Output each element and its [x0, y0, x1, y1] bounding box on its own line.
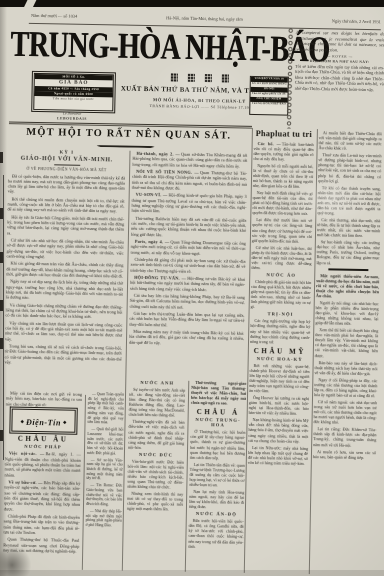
brief-paragraph: — Quái thế-giới hội Lausanne khai-mạc tu… — [87, 427, 124, 456]
subsection-england: NƯỚC ANH — [129, 380, 185, 386]
scan-edge-mark — [0, 208, 3, 219]
editorial-paragraph: Các nhà thương, nhà dục-anh, nhà tế-bần,… — [317, 217, 380, 238]
law-headline: Phapluat tu tri — [254, 129, 314, 139]
subsection-austria: NƯỚC ÁO — [251, 272, 311, 278]
briefs-column: — Quan Toàn-quyền đã ký nghị-định cho ph… — [85, 392, 124, 571]
article-paragraph: Trong bài sau, chúng tôi sẽ nói về cách … — [5, 343, 122, 366]
briefs-list: — Quan Toàn-quyền đã ký nghị-định cho ph… — [86, 392, 124, 528]
germany-news: Văn-hóa-giới nước Đức hiện bối-rối lắm: … — [127, 458, 184, 512]
editorial-paragraph: Người ấy nói rằng: các nhà bác-học bên ấ… — [315, 300, 378, 326]
subsection-france: NƯỚC PHÁP — [5, 444, 81, 450]
column-2: Hà-thành, ngày 2. —Quan sứ-thần Tòa Khâm… — [128, 151, 247, 379]
subsection-germany: NƯỚC ĐỨC — [128, 451, 184, 457]
news-paragraph: Thủ-tướng Baldwin hiện nay đã xét vấn-đề… — [131, 215, 246, 238]
article-paragraph: Ngày nay ai có dịp sang du-lịch bên ấy, … — [6, 279, 123, 302]
price-line: Tiền mua báo xin giả trước — [34, 96, 112, 102]
editorial-paragraph: Lại tin riêng: Đức Khâm-sứ Tòa-thánh sắp… — [313, 426, 376, 447]
dateline-issue: Năm thứ mười — số 1034 — [31, 13, 77, 19]
editorial-paragraph: Ai muốn rõ hơn, xin xem các số báo sau, … — [313, 449, 376, 460]
brief-paragraph: — Sở xe-lửa Vân-nam sắp hạ giá vé cho kh… — [86, 458, 122, 482]
article-paragraph: Bởi thế chúng tôi muốn đem chuyện một hộ… — [7, 196, 124, 214]
hanzi-glyph — [188, 74, 195, 82]
editorial-bold-paragraph: Một người thiếu-niên An-nam, xuất-dương … — [316, 273, 379, 299]
article-paragraph: Vậy chúng tôi xin lần-lượt thuật qua cái… — [5, 320, 122, 343]
subsection-china: NƯỚC TRUNG-HOA — [190, 417, 245, 428]
scan-edge-mark — [0, 300, 3, 311]
hanzi-glyph — [171, 73, 178, 81]
article-kicker: KỲ I — [8, 148, 125, 155]
news-paragraph: Mùa màng năm nay ở mấy tỉnh trung-châu B… — [129, 329, 244, 347]
telegram-intro: Mấy cái tin điện các nơi gửi về trong mấ… — [6, 390, 82, 407]
news-paragraph: Hà-thành, ngày 2. —Quan sứ-thần Tòa Khâm… — [132, 151, 247, 169]
article-subhead: GIÁO-HỘI VỚI VĂN-MINH. — [8, 155, 125, 163]
telegram-label: Điện-Tín — [26, 418, 61, 428]
article-paragraph: Hội ấy tức là Giáo-hội Công-giáo, một hộ… — [7, 214, 124, 237]
scan-edge-mark — [0, 252, 3, 263]
scan-corner-smudge — [0, 546, 32, 576]
news-paragraph: Lại tin Thiên-tân điện về: quan Tổng-tư-… — [189, 462, 244, 488]
news-paragraph: Cái tàu bay lớn của hãng hàng-không Pháp… — [130, 293, 245, 311]
dateline: Năm thứ mười — số 1034 Hà-Nội, năm Tân-M… — [31, 13, 381, 24]
office-address-box: TÒA BÁO VÀ NHÀ INSỐ 113 PHỐ HÀNG BÔNGHÀ-… — [249, 76, 289, 116]
asia-column: Thứ-trưởng ngoại-giao Nhật-bản sang Tàu … — [188, 380, 247, 573]
editorial-paragraph: Từ khi có đạo thánh truyền sang, nhân-tâ… — [317, 185, 381, 217]
column-1: KỲ I GIÁO-HỘI VỚI VĂN-MINH. Ở VỀ PHƯƠNG-… — [4, 148, 125, 390]
article-paragraph: Khi các giống dã-man tràn vào đất Âu-châ… — [6, 261, 123, 279]
news-paragraph: Chính-phủ Pháp đã định cất binh-thuyền s… — [3, 514, 79, 537]
news-paragraph: Lại tin Nữu-ước: mấy nhà băng lớn hợp nh… — [248, 445, 308, 466]
scan-edge-mark — [0, 152, 3, 163]
masthead-title: TRUNG-HÒA NHẬT-BÁO — [10, 24, 283, 71]
news-paragraph: Chính-phủ đã giáng chỉ phái một ủy-ban s… — [130, 257, 245, 275]
address-line: TRUNG-HÒA NHẬT-BÁO — [250, 102, 287, 108]
news-paragraph: Nạn lụt mấy tỉnh Hoa-trung năm ngoái, na… — [189, 489, 244, 510]
editorial-paragraph: Cứ sổ năm ngoái: các nhà dục-anh trong s… — [314, 399, 377, 425]
news-paragraph: Giá bạc trên thị-trường Luân-đôn hôm qua… — [129, 311, 244, 329]
news-paragraph: Sự tuyển-cử bên nước Anh sắp tới, các đả… — [129, 387, 186, 418]
editorial-bottom: Người ấy nói rằng: các nhà bác-học bên ấ… — [313, 300, 379, 460]
india-news: Bữa trước hội-viên hội quốc-dân Độ, cả ô… — [188, 518, 244, 549]
subsection-trinoi: TRỊ-NỘI — [250, 311, 310, 317]
price-box: MỖI SỐ 3 Xu. GIÁ BÁO Cả năm 4$50 — Sáu t… — [33, 73, 114, 111]
news-paragraph: Nhưng xem tình-hình thì nay mai tất có s… — [127, 491, 183, 512]
directeur-block: Le Directeur LEBOURDAIS — [33, 111, 111, 122]
dateline-date: Ngày thứ năm, 2 Avril 1931 — [332, 18, 381, 24]
asia-lead-paragraph: Thứ-trưởng ngoại-giao Nhật-bản sang Tàu … — [191, 380, 246, 406]
scan-edge-mark — [0, 430, 3, 441]
editorial-top: Ai muốn biết đạo Thiên-Chúa đối với văn-… — [316, 130, 381, 266]
scan-bottom-edge — [0, 570, 384, 576]
section-title-asia: CHÂU Á — [191, 408, 246, 417]
section-title-america: CHÂU MỸ — [250, 347, 310, 356]
england-germany-column: NƯỚC ANH Sự tuyển-cử bên nước Anh sắp tớ… — [126, 379, 185, 570]
news-paragraph: Ông Hoover lại xướng ra cái nghị giảm bi… — [249, 395, 309, 416]
scallop-border-ornament — [286, 28, 294, 129]
editorial-paragraph: Ngay ở cõi Đông-pháp ta đây, các trường … — [314, 377, 377, 398]
telegram-column: Mấy cái tin điện các nơi gửi về trong mấ… — [3, 390, 82, 569]
england-news: Sự tuyển-cử bên nước Anh sắp tới, các đả… — [128, 387, 185, 451]
hanzi-glyph — [222, 74, 229, 82]
news-paragraph: Việc nội-các. —Ba-lê, ngày 1. — Nghị-việ… — [4, 451, 80, 479]
header-rule — [9, 121, 252, 126]
editorial-paragraph: Ai muốn biết đạo Thiên-Chúa đối với văn-… — [319, 130, 382, 151]
editorial-paragraph: Thuở xưa dân La-mã tuy văn-minh về đường… — [318, 152, 382, 184]
scan-edge-mark — [0, 338, 3, 349]
editorial-paragraph: Bản-báo sau này sẽ lần-lượt dịch-thuật n… — [314, 360, 377, 376]
article-lede: Ở VỀ PHƯƠNG-DIỆN VĂN-HÓA MÀ XÉT — [8, 166, 125, 172]
news-paragraph: Paris, ngày 4. —Quan Tổng-thống Doumergu… — [131, 239, 246, 257]
news-paragraph: Bởi với những việc quan-hệ, chánh-phủ Ho… — [249, 363, 310, 394]
french-quote: Je compterai sur mes doigts les bienfait… — [295, 30, 384, 54]
editorial-paragraph: Xem thế thì biết cái thuyết bảo rằng the… — [315, 327, 379, 359]
news-paragraph: Bữa trước hội-viên hội quốc-dân Độ, cả ô… — [188, 518, 244, 549]
diamond-ornament-icon: ◆ — [20, 419, 24, 424]
china-news: Ở Thượng-hải, các hội buôn còn giữ lệ tẩ… — [189, 429, 245, 510]
newspaper-sheet: Năm thứ mười — số 1034 Hà-Nội, năm Tân-M… — [0, 0, 384, 576]
news-paragraph: Văn-hóa-giới nước Đức hiện bối-rối lắm: … — [127, 458, 184, 489]
diamond-ornament-icon: ◆ — [63, 420, 67, 425]
brief-paragraph: — Nhà dây thép Hà-nội sắp mở thêm một ph… — [86, 509, 122, 529]
news-paragraph: Thương-nghị-viện đã xét bản điều-trần về… — [128, 419, 185, 450]
austria-news: Chính-phủ đã giải-tán một hội kín của đả… — [251, 279, 312, 310]
subsection-india: NƯỚC ẤN-ĐỘ — [189, 511, 244, 517]
hanzi-glyph — [205, 74, 212, 82]
news-paragraph: VU-SƠN-VĨ. —Hội-đồng kinh-tế quốc-gia bê… — [131, 192, 246, 215]
article-paragraph: Đã có quốc-biện, dân nước ta hưởng-thụ v… — [8, 173, 125, 196]
news-paragraph: Chính-phủ đã giải-tán một hội kín của đả… — [251, 279, 312, 310]
brief-paragraph: — Tin Rome: Đức Giáo-hoàng vừa ban chiếu… — [86, 483, 122, 507]
editorial-paragraph: Sự học-hành cũng vậy: các trường đại-học… — [316, 239, 379, 265]
law-paragraph: Các bổ. —Tân-luật ban-hành vừa rồi có mấ… — [253, 140, 313, 161]
section-title-europe: CHÂU ÂU — [5, 435, 81, 444]
quote-translation: Tôi sẽ kiểm đếm trên ngón tay tính những… — [295, 64, 384, 93]
subhead-rule — [54, 164, 80, 165]
headline-rule — [97, 145, 155, 148]
newspaper-page: Năm thứ mười — số 1034 Hà-Nội, năm Tân-M… — [0, 0, 384, 576]
dateline-lunar-date: Hà-Nội, năm Tân-Mùi, tháng hai, ngày rằm — [166, 15, 243, 21]
news-paragraph: NÓI VỀ SỐ TIỀN NONG. —Quan Thượng-thư bộ… — [132, 169, 247, 192]
law-paragraph: Nay luật mới định rằng hễ việc gì quan-h… — [252, 190, 312, 216]
subsection-usa: NƯỚC HOA-KỲ — [250, 356, 310, 362]
brief-paragraph: — Quan Toàn-quyền đã ký nghị-định cho ph… — [87, 392, 124, 426]
article-paragraph: Cứ như lời các nhà sử-học đã công-nhận, … — [7, 238, 124, 261]
scan-top-edge — [0, 0, 384, 7]
column-4: Ai muốn biết đạo Thiên-Chúa đối với văn-… — [311, 130, 382, 575]
news-paragraph: Các ông nghị-trường sắp họp kỳ hội-đồng … — [250, 318, 310, 344]
law-paragraph: Lại điều thứ mười lăm nói về quyền tự-tr… — [252, 217, 312, 243]
telegram-box: ◆Điện-Tín◆ — [11, 409, 75, 433]
news-paragraph: Ở Thượng-hải, các hội buôn còn giữ lệ tẩ… — [190, 429, 246, 460]
section-divider-rule — [328, 268, 368, 271]
news-paragraph: Nạn khủng-hoảng kinh-tế bên Mỹ vẫn chưa … — [248, 417, 308, 443]
article-paragraph: Vả chăng Giáo-hội chẳng những chăm về đư… — [5, 302, 122, 320]
column-3: Phapluat tu tri Các bổ. —Tân-luật ban-hà… — [246, 129, 314, 574]
news-paragraph: Về sự bầu-cử. —Bên Pháp sắp đến kỳ tuyển… — [4, 480, 81, 513]
law-paragraph: Nguyên bổ cũ mỗi người mỗi bổ, là vì thu… — [253, 163, 313, 189]
trinoi-news: Các ông nghị-trường sắp họp kỳ hội-đồng … — [250, 318, 310, 344]
usa-news: Bởi với những việc quan-hệ, chánh-phủ Ho… — [248, 363, 310, 466]
news-paragraph: HỘI-ĐỒNG TƯ-VẤN. —Hội-đồng tư-vấn Bắc-kỳ… — [130, 275, 245, 293]
article-body: Đã có quốc-biện, dân nước ta hưởng-thụ v… — [5, 173, 125, 367]
law-paragraph: Cứ như lời các nhà luật-học, thì phép ấy… — [251, 245, 311, 271]
lead-headline: MỘT HỘI TO RẤT NÊN QUAN SÁT. — [9, 126, 249, 141]
quote-box: Je compterai sur mes doigts les bienfait… — [286, 28, 384, 131]
